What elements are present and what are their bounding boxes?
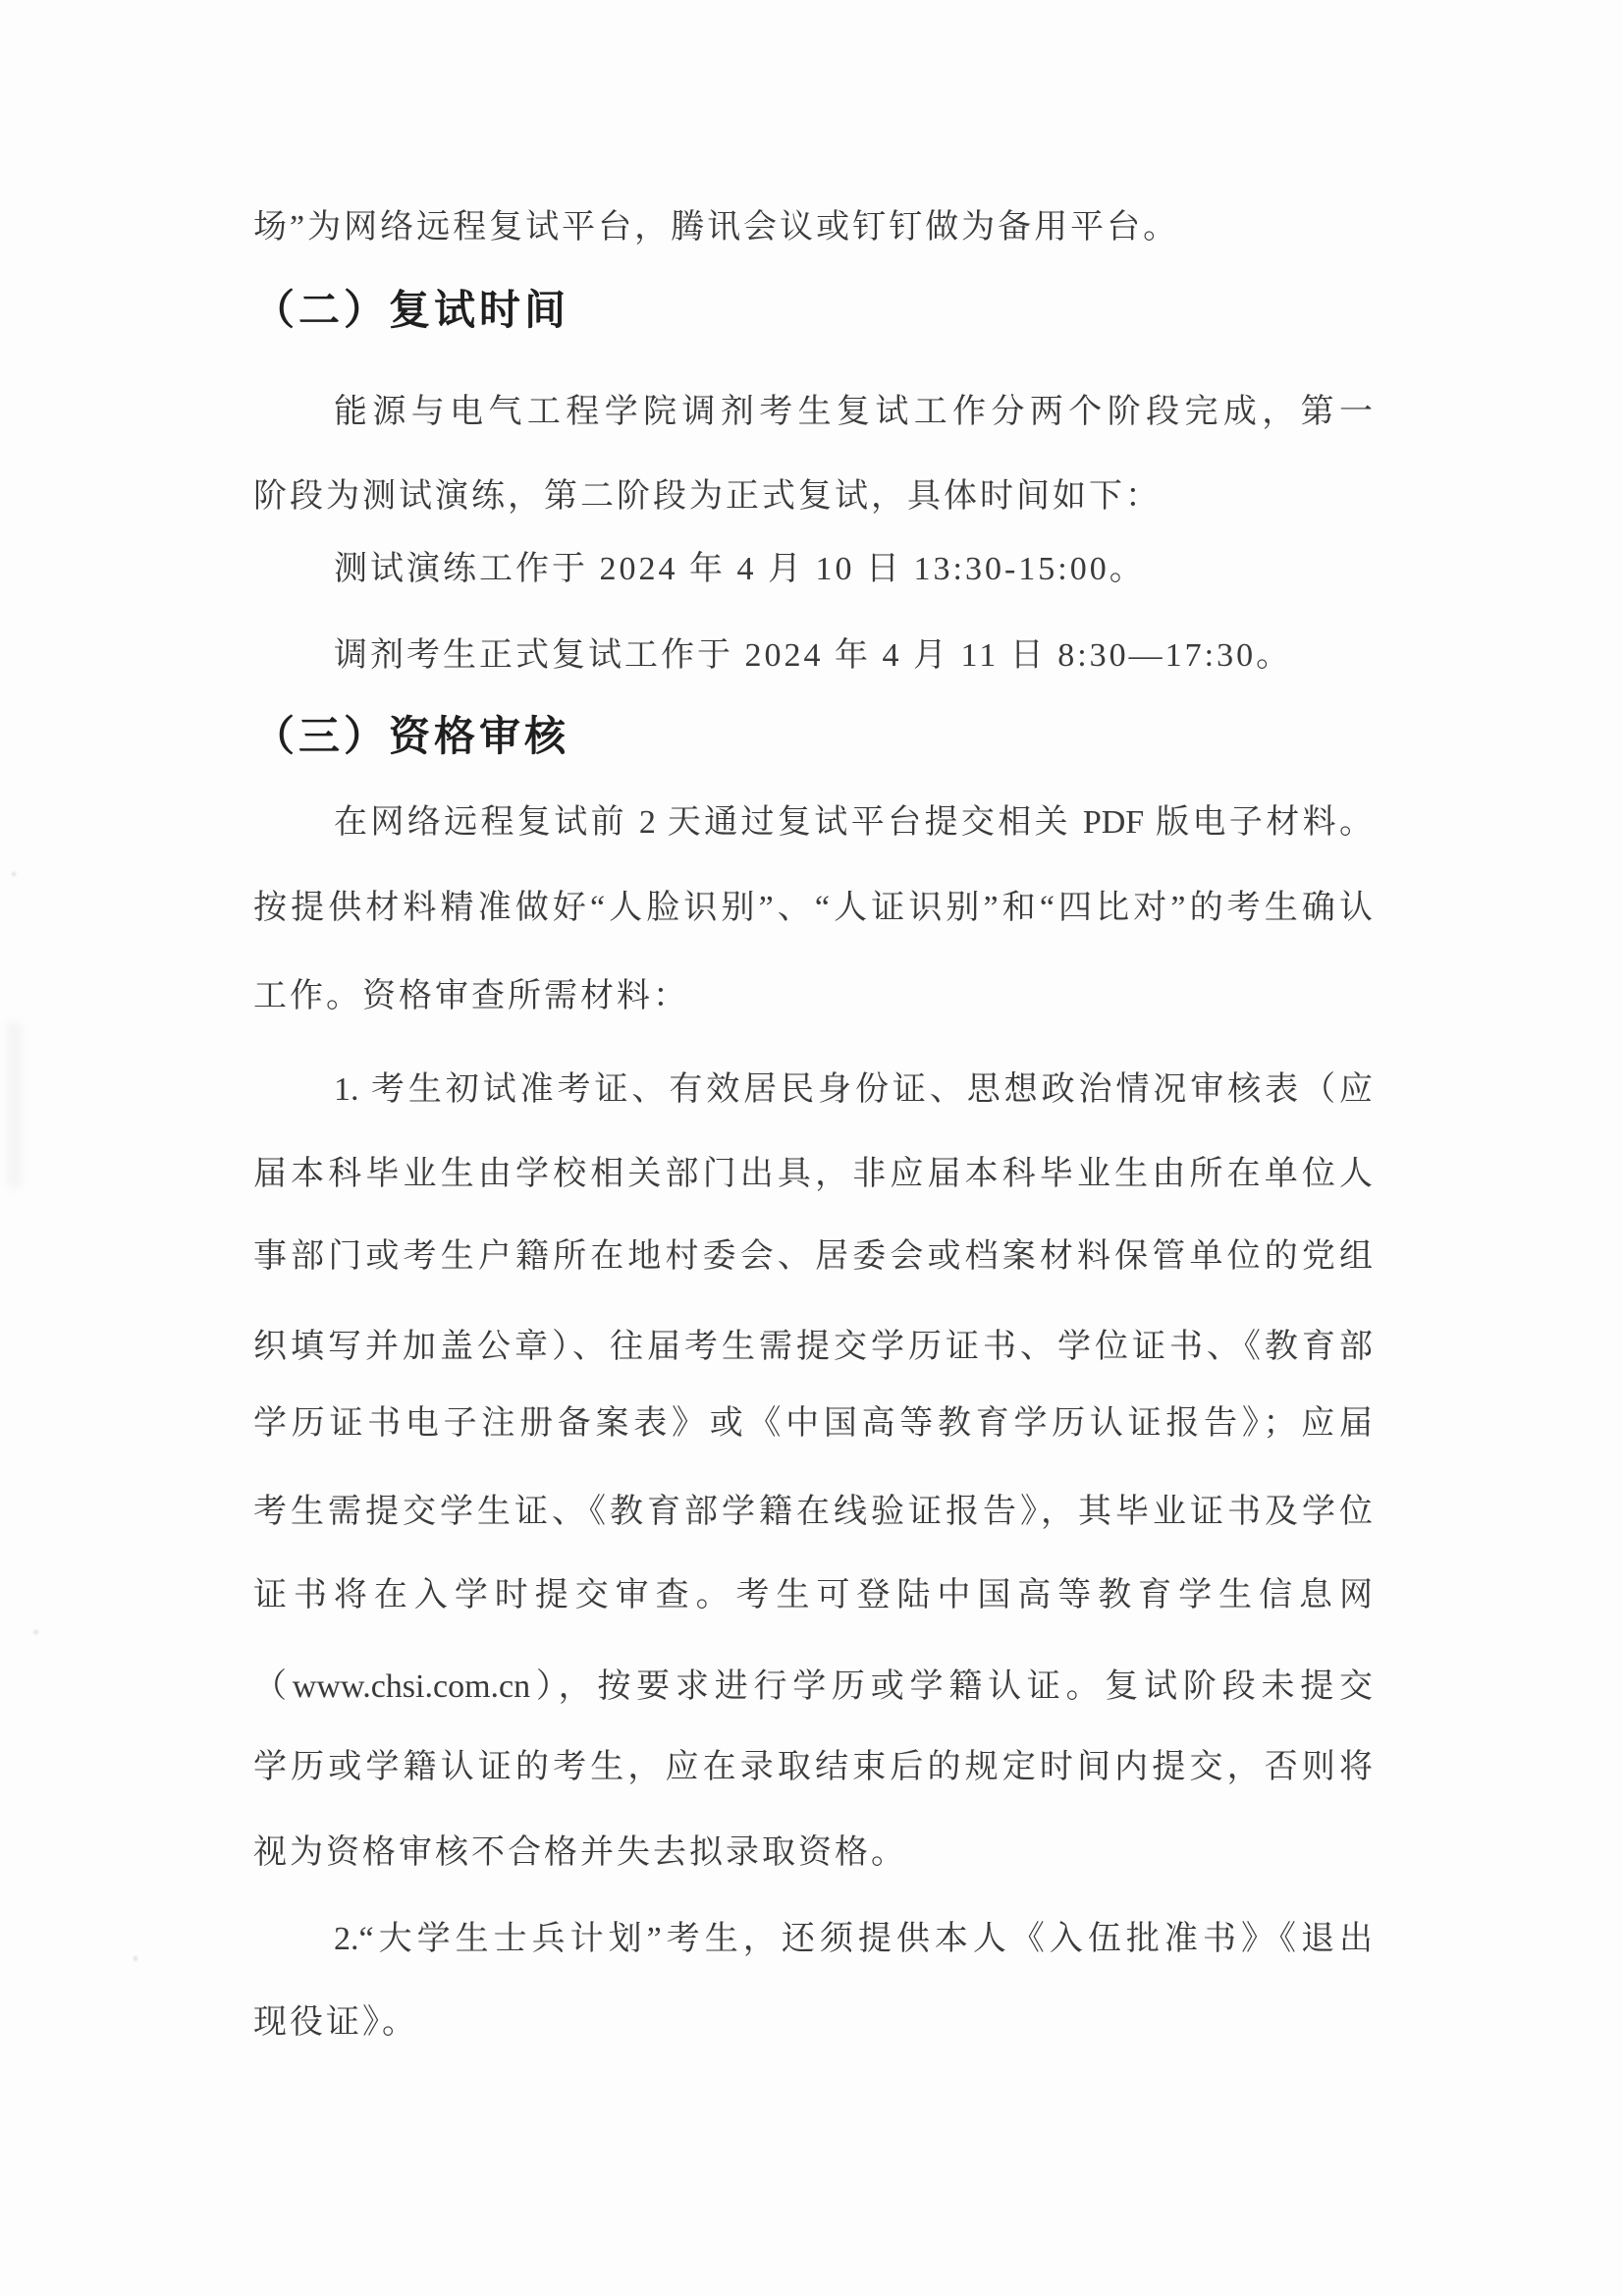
- doc-line: 织填写并加盖公章）、往届考生需提交学历证书、学位证书、《教育部: [253, 1305, 1373, 1390]
- doc-line: 在网络远程复试前 2 天通过复试平台提交相关 PDF 版电子材料。: [253, 781, 1373, 865]
- doc-line: 学历证书电子注册备案表》或《中国高等教育学历认证报告》；应届: [253, 1382, 1373, 1466]
- scan-speck: [12, 872, 16, 876]
- doc-line: 证书将在入学时提交审查。考生可登陆中国高等教育学生信息网: [253, 1554, 1373, 1638]
- doc-line: 届本科毕业生由学校相关部门出具，非应届本科毕业生由所在单位人: [253, 1132, 1373, 1217]
- doc-line-url: （www.chsi.com.cn），按要求进行学历或学籍认证。复试阶段未提交: [253, 1645, 1373, 1729]
- document-page: 场”为网络远程复试平台，腾讯会议或钉钉做为备用平台。 （二）复试时间 能源与电气…: [0, 0, 1623, 2296]
- section-heading-3: （三）资格审核: [253, 692, 1373, 781]
- scan-speck: [134, 1956, 137, 1961]
- doc-line: 事部门或考生户籍所在地村委会、居委会或档案材料保管单位的党组: [253, 1215, 1373, 1299]
- doc-line: 按提供材料精准做好“人脸识别”、“人证识别”和“四比对”的考生确认: [253, 866, 1373, 951]
- doc-line: 能源与电气工程学院调剂考生复试工作分两个阶段完成，第一: [253, 370, 1373, 455]
- scan-smudge: [6, 1021, 22, 1188]
- doc-line: 视为资格审核不合格并失去拟录取资格。: [253, 1811, 1373, 1895]
- doc-line: 工作。资格审查所需材料：: [253, 955, 1373, 1039]
- doc-line-item-2: 2.“大学生士兵计划”考生，还须提供本人《入伍批准书》《退出: [253, 1897, 1373, 1982]
- doc-line-schedule: 调剂考生正式复试工作于 2024 年 4 月 11 日 8:30—17:30。: [253, 614, 1373, 698]
- scan-speck: [33, 1630, 38, 1634]
- doc-line: 学历或学籍认证的考生，应在录取结束后的规定时间内提交，否则将: [253, 1725, 1373, 1810]
- doc-line: 考生需提交学生证、《教育部学籍在线验证报告》，其毕业证书及学位: [253, 1470, 1373, 1555]
- doc-line: 现役证》。: [253, 1981, 1373, 2065]
- doc-line: 场”为网络远程复试平台，腾讯会议或钉钉做为备用平台。: [253, 186, 1373, 270]
- section-heading-2: （二）复试时间: [253, 266, 1373, 355]
- doc-line-schedule: 测试演练工作于 2024 年 4 月 10 日 13:30-15:00。: [253, 527, 1373, 612]
- doc-line-item-1: 1. 考生初试准考证、有效居民身份证、思想政治情况审核表（应: [253, 1048, 1373, 1132]
